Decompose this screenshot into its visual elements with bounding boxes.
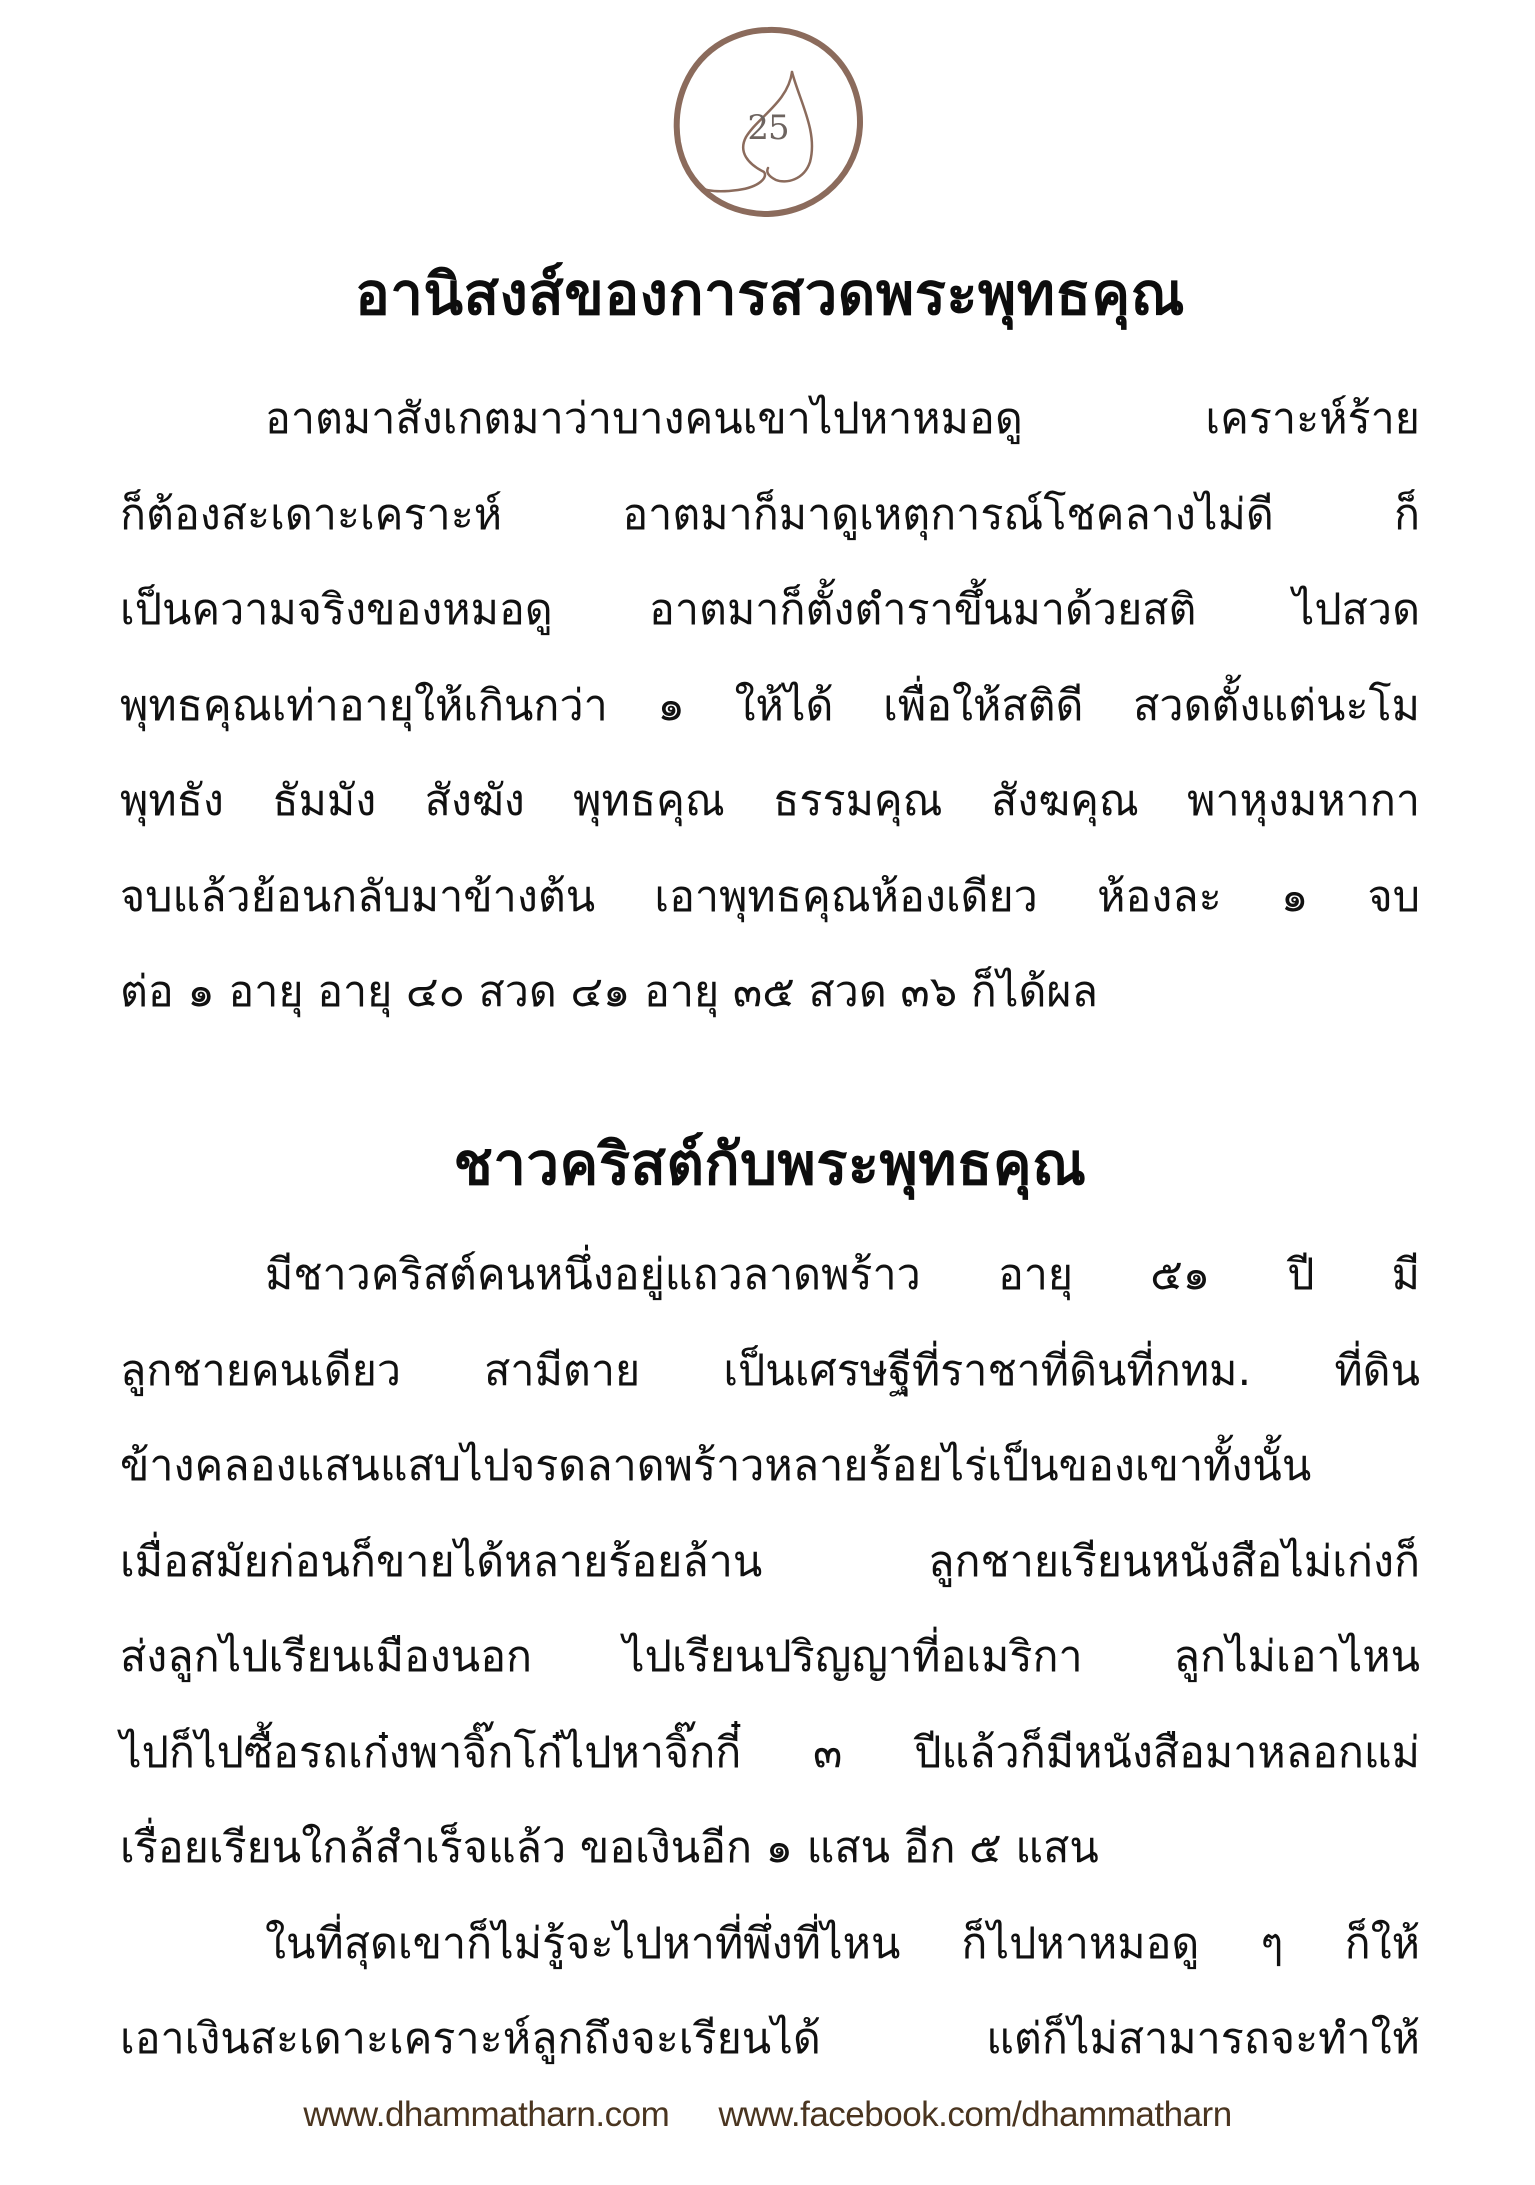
text-line: ก็ต้องสะเดาะเคราะห์ อาตมาก็มาดูเหตุการณ์… xyxy=(120,468,1420,564)
text-line: พุทธัง ธัมมัง สังฆัง พุทธคุณ ธรรมคุณ สัง… xyxy=(120,754,1420,850)
section-title-container: ชาวคริสต์กับพระพุทธคุณ xyxy=(120,1135,1420,1193)
text-line: ในที่สุดเขาก็ไม่รู้จะไปหาที่พึ่งที่ไหน ก… xyxy=(120,1897,1420,1993)
section-title-container: อานิสงส์ของการสวดพระพุทธคุณ xyxy=(120,265,1420,323)
text-line: พุทธคุณเท่าอายุให้เกินกว่า ๑ ให้ได้ เพื่… xyxy=(120,659,1420,755)
line-text: มีชาวคริสต์คนหนึ่งอยู่แถวลาดพร้าว อายุ ๕… xyxy=(265,1250,1420,1300)
text-line: เมื่อสมัยก่อนก็ขายได้หลายร้อยล้าน ลูกชาย… xyxy=(120,1515,1420,1611)
page-number: 25 xyxy=(668,108,868,148)
text-line: ลูกชายคนเดียว สามีตาย เป็นเศรษฐีที่ราชาท… xyxy=(120,1324,1420,1420)
section-body-benefits-of-chanting: อาตมาสังเกตมาว่าบางคนเขาไปหาหมอดู เคราะห… xyxy=(120,372,1420,1041)
text-line: ข้างคลองแสนแสบไปจรดลาดพร้าวหลายร้อยไร่เป… xyxy=(120,1419,1420,1515)
text-line: เรื่อยเรียนใกล้สำเร็จแล้ว ขอเงินอีก ๑ แส… xyxy=(120,1801,1420,1897)
website-link[interactable]: www.dhammatharn.com xyxy=(303,2095,669,2134)
text-line: ไปก็ไปซื้อรถเก๋งพาจิ๊กโก๋ไปหาจิ๊กกี๋ ๓ ป… xyxy=(120,1706,1420,1802)
text-line: อาตมาสังเกตมาว่าบางคนเขาไปหาหมอดู เคราะห… xyxy=(120,372,1420,468)
footer: www.dhammatharn.com www.facebook.com/dha… xyxy=(0,2095,1535,2135)
text-line: มีชาวคริสต์คนหนึ่งอยู่แถวลาดพร้าว อายุ ๕… xyxy=(120,1228,1420,1324)
text-line: เป็นความจริงของหมอดู อาตมาก็ตั้งตำราขึ้น… xyxy=(120,563,1420,659)
text-line: ต่อ ๑ อายุ อายุ ๔๐ สวด ๔๑ อายุ ๓๕ สวด ๓๖… xyxy=(120,945,1420,1041)
text-line: เอาเงินสะเดาะเคราะห์ลูกถึงจะเรียนได้ แต่… xyxy=(120,1992,1420,2088)
text-line: ส่งลูกไปเรียนเมืองนอก ไปเรียนปริญญาที่อเ… xyxy=(120,1610,1420,1706)
page-number-logo: 25 xyxy=(668,22,868,222)
line-text: ในที่สุดเขาก็ไม่รู้จะไปหาที่พึ่งที่ไหน ก… xyxy=(265,1919,1420,1969)
line-text: อาตมาสังเกตมาว่าบางคนเขาไปหาหมอดู เคราะห… xyxy=(265,394,1420,444)
paragraph: มีชาวคริสต์คนหนึ่งอยู่แถวลาดพร้าว อายุ ๕… xyxy=(120,1228,1420,1897)
facebook-link[interactable]: www.facebook.com/dhammatharn xyxy=(718,2095,1231,2134)
section-title-christian-and-buddha-virtues: ชาวคริสต์กับพระพุทธคุณ xyxy=(120,1135,1420,1193)
section-title-benefits-of-chanting: อานิสงส์ของการสวดพระพุทธคุณ xyxy=(120,265,1420,323)
section-body-christian-and-buddha-virtues: มีชาวคริสต์คนหนึ่งอยู่แถวลาดพร้าว อายุ ๕… xyxy=(120,1228,1420,2088)
paragraph: ในที่สุดเขาก็ไม่รู้จะไปหาที่พึ่งที่ไหน ก… xyxy=(120,1897,1420,2088)
paragraph: อาตมาสังเกตมาว่าบางคนเขาไปหาหมอดู เคราะห… xyxy=(120,372,1420,1041)
text-line: จบแล้วย้อนกลับมาข้างต้น เอาพุทธคุณห้องเด… xyxy=(120,850,1420,946)
